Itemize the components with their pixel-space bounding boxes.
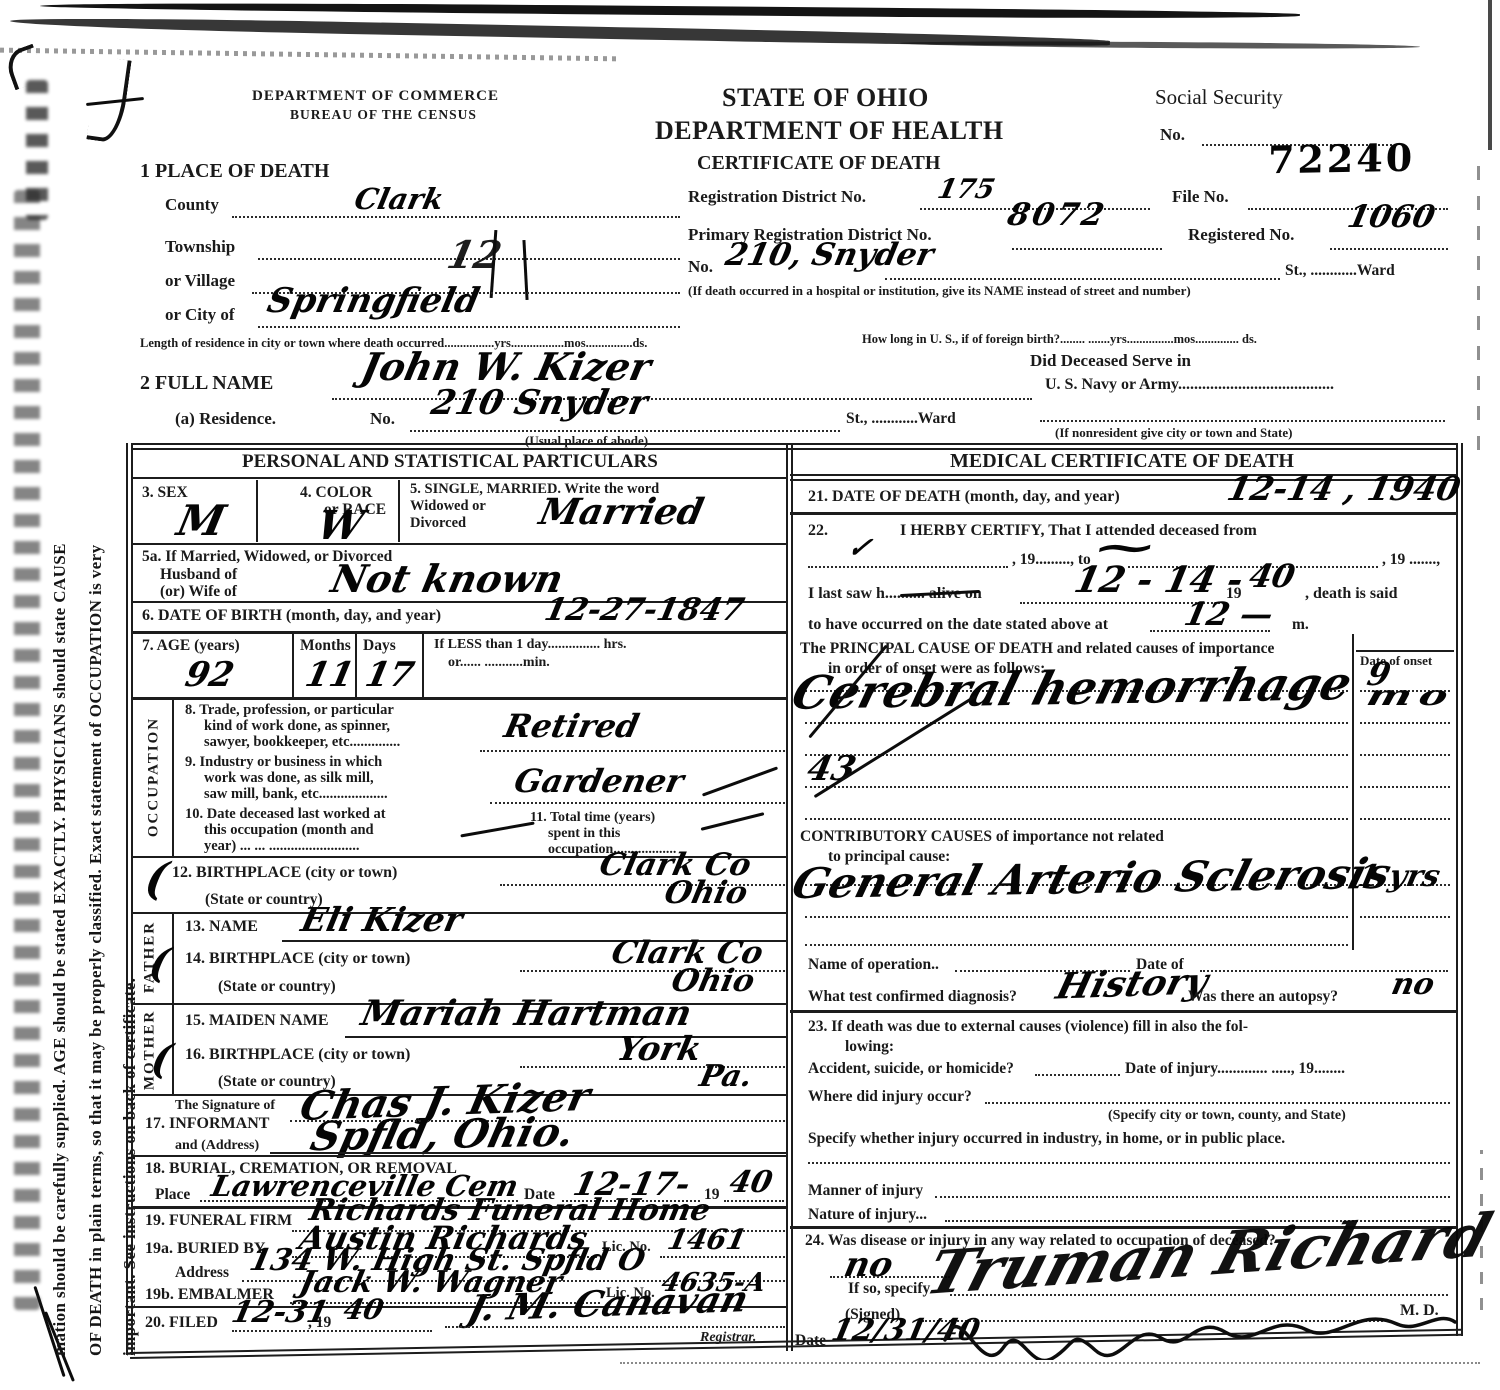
- panel-left-border: [126, 443, 133, 1355]
- operation-label: Name of operation..: [808, 956, 939, 973]
- informant-address: Spfld, Ohio.: [307, 1113, 578, 1158]
- cell-divider: [422, 631, 424, 697]
- rule: [270, 1152, 786, 1154]
- pen-paren: (: [141, 858, 171, 902]
- signed-date-label: Date: [795, 1332, 826, 1349]
- trade-label-3: sawyer, bookkeeper, etc..............: [204, 735, 400, 751]
- file-number-stamp: 72240: [1268, 139, 1416, 180]
- pen-stroke: [460, 822, 534, 838]
- nonresident-note: (If nonresident give city or town and St…: [1055, 426, 1293, 440]
- if-so-label: If so, specify: [848, 1280, 930, 1297]
- scan-artifact: [0, 48, 620, 62]
- rule: [132, 697, 786, 700]
- scan-artifact: [40, 1, 1300, 21]
- last-saw-date: 12 - 14 -: [1071, 562, 1246, 598]
- dotted-leader: [410, 430, 840, 432]
- dept-commerce: DEPARTMENT OF COMMERCE: [252, 88, 499, 105]
- dotted-leader: [1360, 916, 1450, 918]
- occurred-m-label: m.: [1292, 616, 1309, 633]
- certificate-title: CERTIFICATE OF DEATH: [697, 152, 940, 174]
- reg-district-value: 175: [935, 176, 997, 203]
- contributory-onset: 1 yrs: [1355, 862, 1443, 892]
- filed-19-label: , 19: [308, 1314, 331, 1331]
- external-causes-label-1: 23. If death was due to external causes …: [808, 1018, 1248, 1035]
- last-saw-tail: , death is said: [1305, 585, 1397, 603]
- rule: [790, 512, 1456, 515]
- rule: [790, 1010, 1456, 1013]
- dod-value: 12-14 , 1940: [1224, 472, 1463, 505]
- scan-artifact: [900, 40, 1420, 50]
- illegible-signature-scrawl: [940, 1300, 1460, 1360]
- days-label: Days: [363, 637, 396, 654]
- where-injury-note: (Specify city or town, county, and State…: [1108, 1108, 1346, 1123]
- last-worked-label-1: 10. Date deceased last worked at: [185, 807, 386, 823]
- dob-value: 12-27-1847: [542, 595, 747, 626]
- village-label: or Village: [165, 272, 235, 291]
- contributory-value: General Arterio Sclerosis: [788, 853, 1395, 905]
- cause-margin-mark: 43: [804, 752, 859, 786]
- father-bp-sub: (State or country): [218, 978, 336, 995]
- registrar-signature: J. M. Canavan: [464, 1281, 752, 1327]
- reg-district-label: Registration District No.: [688, 188, 866, 207]
- dotted-leader: [490, 802, 785, 804]
- dotted-leader: [808, 1162, 1450, 1164]
- filed-year-value: 40: [341, 1296, 386, 1324]
- dept-health-title: DEPARTMENT OF HEALTH: [655, 117, 1004, 146]
- dotted-leader: [258, 326, 680, 328]
- occurred-time: 12 —: [1182, 598, 1276, 630]
- hospital-note: (If death occurred in a hospital or inst…: [688, 284, 1191, 298]
- father-name-label: 13. NAME: [185, 918, 258, 936]
- attended-from-check: ✓: [845, 534, 874, 562]
- illegible-margin-text: [14, 190, 40, 1310]
- cell-divider: [398, 480, 400, 542]
- principal-cause-label-1: The PRINCIPAL CAUSE OF DEATH and related…: [800, 640, 1274, 657]
- age-value: 92: [182, 658, 237, 692]
- less-than-day-2: or...... ...........min.: [448, 655, 550, 670]
- cell-divider: [292, 631, 294, 697]
- panel-top-border: [132, 443, 1458, 450]
- burial-year-value: 40: [727, 1168, 775, 1198]
- birthplace-state: Ohio: [662, 878, 751, 909]
- cell-divider: [256, 480, 258, 542]
- trade-label-1: 8. Trade, profession, or particular: [185, 703, 394, 719]
- dotted-leader: [805, 818, 1348, 820]
- test-label: What test confirmed diagnosis?: [808, 988, 1017, 1005]
- last-worked-label-2: this occupation (month and: [204, 823, 374, 839]
- where-injury-label: Where did injury occur?: [808, 1088, 972, 1105]
- navy-label-2: U. S. Navy or Army......................…: [1045, 376, 1334, 394]
- onset-column-divider: [1352, 634, 1354, 950]
- 5a-label-3: (or) Wife of: [160, 583, 237, 600]
- age-days-value: 17: [362, 658, 417, 692]
- dotted-leader: [1360, 722, 1450, 724]
- dotted-leader: [1330, 248, 1448, 250]
- dotted-leader: [660, 1256, 785, 1258]
- street-no-value: 210, Snyder: [723, 240, 937, 271]
- less-than-day-1: If LESS than 1 day............... hrs.: [434, 637, 627, 652]
- father-bp-label: 14. BIRTHPLACE (city or town): [185, 950, 410, 968]
- mother-name-value: Mariah Hartman: [358, 996, 694, 1031]
- navy-label-1: Did Deceased Serve in: [1030, 352, 1191, 371]
- informant-label-2: 17. INFORMANT: [145, 1115, 269, 1133]
- dotted-leader: [805, 786, 1348, 788]
- illegible-margin-text: [26, 80, 48, 220]
- autopsy-label: Was there an autopsy?: [1188, 988, 1338, 1005]
- dotted-leader: [935, 1196, 1450, 1198]
- dotted-leader: [805, 944, 1348, 946]
- mother-bp-label: 16. BIRTHPLACE (city or town): [185, 1046, 410, 1064]
- informant-label-3: and (Address): [175, 1138, 259, 1153]
- st-ward-label: St., ............Ward: [1285, 262, 1395, 279]
- injury-date-label: Date of injury............. ....., 19...…: [1125, 1060, 1345, 1077]
- dotted-leader: [985, 1102, 1450, 1104]
- margin-instructions-line2: OF DEATH in plain terms, so that it may …: [86, 545, 106, 1356]
- occurred-label: to have occurred on the date stated abov…: [808, 616, 1108, 634]
- bureau-census: BUREAU OF THE CENSUS: [290, 108, 477, 123]
- scan-artifact: [620, 1362, 1480, 1364]
- full-name-value: John W. Kizer: [358, 348, 654, 386]
- autopsy-value: no: [1389, 970, 1437, 1000]
- dotted-leader: [1040, 420, 1445, 422]
- dotted-leader: [724, 1200, 784, 1202]
- industry-value: Gardener: [512, 765, 687, 797]
- certify-label: I HERBY CERTIFY, That I attended decease…: [900, 522, 1257, 540]
- color-value: W: [314, 506, 367, 546]
- marital-value: Married: [536, 494, 707, 530]
- trade-label-2: kind of work done, as spinner,: [204, 719, 390, 735]
- total-time-label-2: spent in this: [548, 826, 620, 841]
- cell-divider: [172, 697, 174, 856]
- cause-onset-unit: mo: [1364, 682, 1458, 710]
- rule: [132, 631, 786, 634]
- age-months-value: 11: [302, 658, 357, 692]
- external-causes-label-2: lowing:: [845, 1038, 894, 1055]
- months-label: Months: [300, 637, 351, 654]
- foreign-birth-label: How long in U. S., if of foreign birth?.…: [862, 333, 1257, 347]
- sex-value: M: [174, 500, 229, 542]
- mother-name-label: 15. MAIDEN NAME: [185, 1012, 329, 1030]
- nature-label: Nature of injury...: [808, 1206, 927, 1223]
- panel-right-border: [1456, 443, 1463, 1336]
- dotted-leader: [232, 1330, 432, 1332]
- dotted-leader: [445, 1326, 785, 1328]
- cause-of-death-value: Cerebral hemorrhage: [787, 660, 1356, 716]
- marital-label-3: Divorced: [410, 516, 466, 532]
- dotted-leader: [1012, 248, 1162, 250]
- registrar-label: Registrar.: [700, 1330, 756, 1345]
- rule: [132, 477, 786, 479]
- rule: [132, 1155, 786, 1157]
- social-security-label: Social Security: [1155, 86, 1283, 109]
- registered-no-value: 1060: [1345, 202, 1438, 233]
- color-label: 4. COLOR: [300, 484, 372, 501]
- contributory-label-1: CONTRIBUTORY CAUSES of importance not re…: [800, 828, 1164, 845]
- buried-by-address-label: Address: [175, 1264, 229, 1281]
- township-label: Township: [165, 238, 235, 257]
- dotted-leader: [805, 916, 1348, 918]
- accident-label: Accident, suicide, or homicide?: [808, 1060, 1014, 1077]
- registered-no-label: Registered No.: [1188, 226, 1294, 245]
- state-title: STATE OF OHIO: [722, 84, 929, 113]
- street-no-label: No.: [688, 258, 713, 277]
- dotted-leader: [805, 722, 1348, 724]
- residence-label: (a) Residence.: [175, 410, 276, 429]
- personal-title: PERSONAL AND STATISTICAL PARTICULARS: [242, 452, 658, 473]
- dod-label: 21. DATE OF DEATH (month, day, and year): [808, 488, 1120, 506]
- rule: [1356, 650, 1454, 652]
- county-label: County: [165, 196, 219, 215]
- mother-bp-city: York: [614, 1032, 704, 1065]
- funeral-firm-label: 19. FUNERAL FIRM: [145, 1212, 292, 1230]
- death-certificate: mation should be carefully supplied. AGE…: [0, 0, 1500, 1390]
- mother-bp-state: Pa.: [697, 1062, 755, 1092]
- ss-no-label: No.: [1160, 126, 1185, 145]
- dotted-leader: [480, 750, 785, 752]
- county-value: Clark: [352, 185, 446, 214]
- industry-label-3: saw mill, bank, etc...................: [204, 787, 388, 803]
- informant-label-1: The Signature of: [175, 1098, 275, 1113]
- burial-place-label: Place: [155, 1186, 190, 1203]
- total-time-label-1: 11. Total time (years): [530, 810, 655, 825]
- industry-label-2: work was done, as silk mill,: [204, 771, 374, 787]
- filed-label: 20. FILED: [145, 1314, 218, 1332]
- birthplace-label: 12. BIRTHPLACE (city or town): [172, 864, 397, 882]
- cell-divider: [172, 912, 174, 1003]
- dotted-leader: [232, 216, 680, 218]
- industry-label-1: 9. Industry or business in which: [185, 755, 382, 771]
- specify-injury-label: Specify whether injury occurred in indus…: [808, 1130, 1285, 1147]
- dotted-leader: [1035, 1074, 1120, 1076]
- place-of-death-title: 1 PLACE OF DEATH: [140, 160, 329, 182]
- manner-label: Manner of injury: [808, 1182, 923, 1199]
- pen-stroke: [702, 766, 778, 796]
- dob-label: 6. DATE OF BIRTH (month, day, and year): [142, 607, 441, 625]
- city-label: or City of: [165, 306, 235, 325]
- file-no-label: File No.: [1172, 188, 1229, 207]
- dotted-leader: [1360, 818, 1450, 820]
- dotted-leader: [808, 566, 1008, 568]
- residence-value: 210 Snyder: [428, 386, 650, 420]
- father-name-value: Eli Kizer: [298, 903, 465, 936]
- city-value: Springfield: [264, 284, 482, 318]
- certify-number: 22.: [808, 522, 828, 540]
- dotted-leader: [1360, 786, 1450, 788]
- full-name-label: 2 FULL NAME: [140, 372, 273, 394]
- scan-artifact: [1488, 0, 1492, 150]
- lic-no-value: 1461: [665, 1226, 749, 1254]
- residence-no-label: No.: [370, 410, 395, 429]
- dotted-leader: [885, 278, 1280, 280]
- primary-reg-value: 8072: [1005, 200, 1110, 231]
- occupation-side-label: OCCUPATION: [146, 717, 163, 837]
- residence-st-ward: St., ............Ward: [846, 410, 956, 427]
- dotted-leader: [1360, 754, 1450, 756]
- to-19-label: , 19 .......,: [1382, 551, 1440, 568]
- buried-by-label: 19a. BURIED BY: [145, 1240, 265, 1258]
- rule: [345, 1036, 786, 1038]
- scan-artifact: [1477, 150, 1480, 450]
- spouse-value: Not known: [328, 560, 567, 598]
- marital-label-2: Widowed or: [410, 499, 486, 515]
- 5a-label-2: Husband of: [160, 566, 237, 583]
- age-label: 7. AGE (years): [142, 637, 240, 654]
- last-saw-year: 40: [1247, 560, 1298, 592]
- sex-label: 3. SEX: [142, 484, 188, 501]
- last-worked-label-3: year) ... ... .........................: [204, 839, 359, 855]
- pen-stroke: [701, 812, 765, 831]
- rule: [132, 543, 786, 545]
- trade-value: Retired: [502, 710, 642, 742]
- dotted-leader: [805, 754, 1348, 756]
- margin-instructions-line1: mation should be carefully supplied. AGE…: [50, 543, 70, 1356]
